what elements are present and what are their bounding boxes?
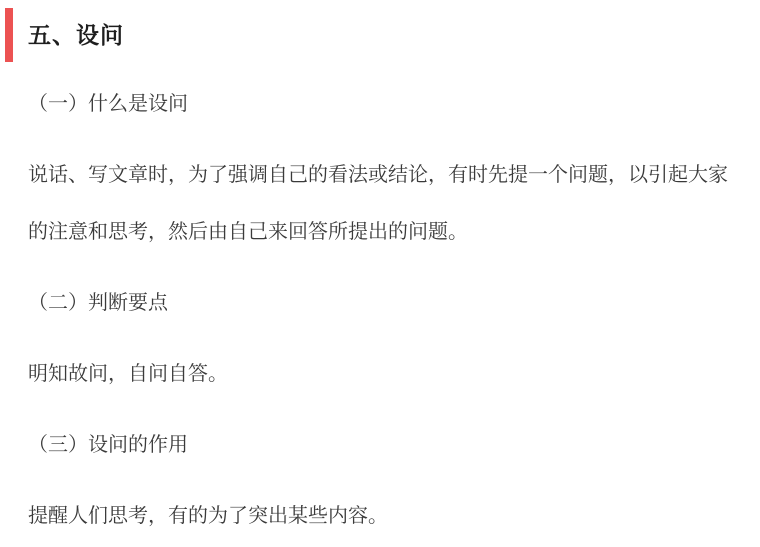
paragraph-2: 明知故问，自问自答。 (28, 346, 740, 403)
subsection-heading-3: （三）设问的作用 (28, 417, 740, 474)
subsection-heading-1: （一）什么是设问 (28, 76, 740, 133)
subsection-heading-2: （二）判断要点 (28, 275, 740, 332)
article-body: （一）什么是设问 说话、写文章时，为了强调自己的看法或结论，有时先提一个问题，以… (0, 76, 760, 545)
paragraph-3: 提醒人们思考，有的为了突出某些内容。 (28, 488, 740, 545)
paragraph-line: 的注意和思考，然后由自己来回答所提出的问题。 (28, 204, 740, 261)
paragraph-line: 提醒人们思考，有的为了突出某些内容。 (28, 488, 740, 545)
paragraph-line: 明知故问，自问自答。 (28, 346, 740, 403)
paragraph-line: 说话、写文章时，为了强调自己的看法或结论，有时先提一个问题，以引起大家 (28, 147, 740, 204)
red-accent-bar (5, 8, 13, 62)
section-header: 五、设问 (5, 8, 760, 62)
paragraph-1: 说话、写文章时，为了强调自己的看法或结论，有时先提一个问题，以引起大家 的注意和… (28, 147, 740, 261)
article-page: 五、设问 （一）什么是设问 说话、写文章时，为了强调自己的看法或结论，有时先提一… (0, 8, 760, 547)
page-title: 五、设问 (28, 8, 124, 62)
